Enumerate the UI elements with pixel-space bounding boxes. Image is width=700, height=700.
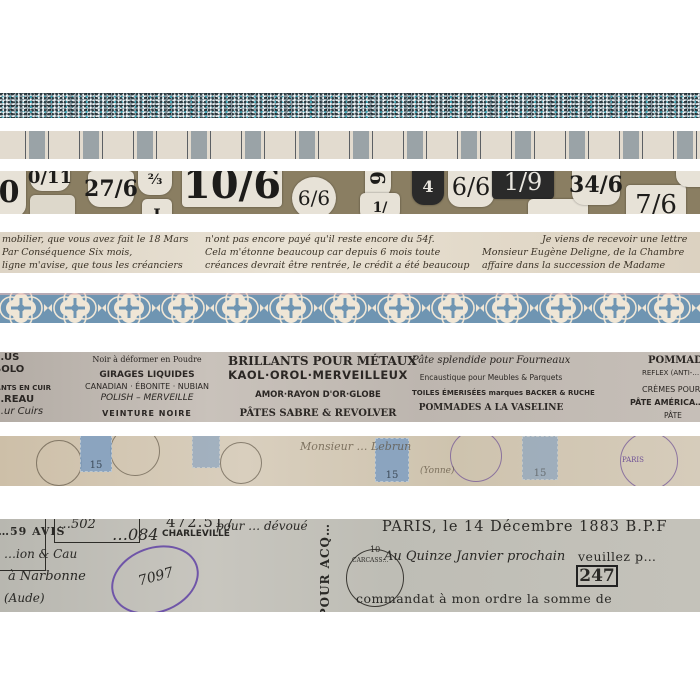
postmark [110,436,160,476]
washi-strip-glitter [0,93,700,118]
receipt-script: à Narbonne [8,569,86,584]
number-tag: ⅔ [138,171,172,195]
script-column: mobilier, que vous avez fait le 18 Mars … [2,233,188,272]
quatrefoil-pattern [0,293,700,323]
number-tag: I [142,199,172,214]
postmark [36,440,82,486]
postmark-text: 10 [370,545,380,554]
washi-strip-postal-ephemera: 15 15 15 Monsieur … Lebrun (Yonne) PARIS [0,436,700,486]
number-tag-dark: 4 [412,171,444,205]
receipt-text: veuillez p… [578,549,656,564]
postmark-text: CARCASS… [352,557,388,564]
receipt-script: …ion & Cau [4,547,77,561]
number-tag: 0 [0,171,26,214]
script-column: Je viens de recevoir une lettre Monsieur… [482,233,687,272]
washi-strip-number-tags: 0 0/11 27/6 ⅔ I 10/6 6/6 9 1/ 4 6/6 1/9 … [0,171,700,214]
receipt-text: …59 AVIS [0,525,66,538]
receipt-script: (Aude) [4,591,45,605]
receipt-text: …084 [112,525,159,544]
washi-strip-document-receipt: …59 AVIS …502 …084 472.517 CHARLEVILLE p… [0,519,700,612]
number-tag: 10/6 [182,171,282,207]
number-tag: 34/6 [572,171,620,205]
number-tag [30,195,75,214]
postage-stamp [192,436,220,468]
receipt-text: commandat à mon ordre la somme de [356,591,612,606]
receipt-vertical-text: POUR ACQ… [318,523,332,612]
postal-script: Monsieur … Lebrun [300,440,411,453]
postage-stamp: 15 [522,436,558,480]
washi-strip-quatrefoil-tile [0,293,700,323]
postmark-text: PARIS [622,456,644,464]
washi-strip-handwritten-script: mobilier, que vous avez fait le 18 Mars … [0,232,700,273]
receipt-script: pour … dévoué [216,519,308,533]
washi-strip-ticking-stripe [0,131,700,159]
washi-strip-french-advertising: …US SOLO …NTS EN CUIR …REAU …ur Cuirs No… [0,352,700,422]
script-column: n'ont pas encore payé qu'il reste encore… [205,233,469,272]
ad-block: …US SOLO …NTS EN CUIR …REAU …ur Cuirs [0,352,54,418]
number-tag: 6/6 [292,177,336,214]
postage-stamp: 15 [80,436,112,472]
number-tag: 7/6 [626,185,686,214]
ad-block: Pâte splendide pour Fourneaux Encaustiqu… [412,354,570,415]
receipt-text: …502 [58,519,96,532]
ad-block: Noir à déformer en Poudre GIRAGES LIQUID… [72,354,222,420]
ad-block: POMMADE… REFLEX (ANTI-… CRÈMES POUR… PÂT… [630,354,700,422]
receipt-header: PARIS, le 14 Décembre 1883 B.P.F [382,519,667,535]
receipt-script: Au Quinze Janvier prochain [384,549,565,564]
number-tag-dark: 1/9 [492,171,554,199]
postal-script: (Yonne) [420,466,455,476]
number-tag: 27/6 [88,171,134,207]
postmark [220,442,262,484]
number-tag: 1/ [360,193,400,214]
ad-block: BRILLANTS POUR MÉTAUX KAOL·OROL·MERVEILL… [228,354,408,419]
receipt-box-number: 247 [576,565,618,587]
postmark-purple [450,436,502,482]
number-tag: 0/11 [30,171,70,191]
number-tag: 6/6 [448,171,494,207]
